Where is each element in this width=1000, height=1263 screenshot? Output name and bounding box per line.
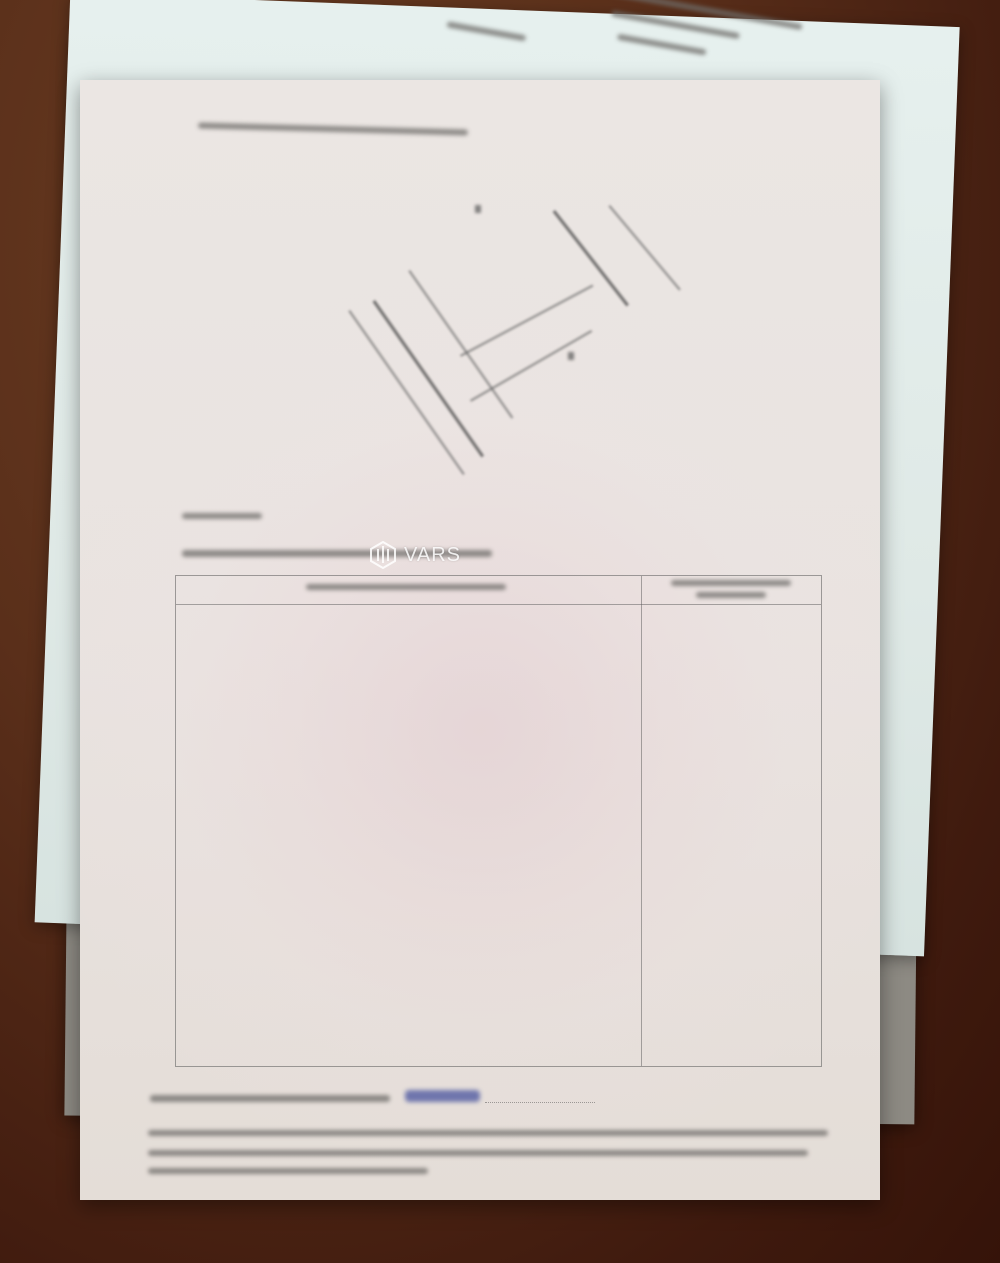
ink-signature	[405, 1090, 480, 1102]
vars-logo-icon	[370, 541, 396, 569]
footer-note-line-1	[148, 1130, 828, 1136]
watermark-text: VARS	[404, 544, 461, 567]
page-heading-text	[198, 122, 468, 135]
footer-note-line-2	[148, 1150, 808, 1156]
changes-table	[175, 575, 822, 1067]
footer-note-line-3	[148, 1168, 428, 1174]
footer-label	[150, 1095, 390, 1102]
parcel-diagram	[330, 190, 690, 450]
watermark: VARS	[370, 535, 550, 575]
certificate-page	[80, 80, 880, 1200]
